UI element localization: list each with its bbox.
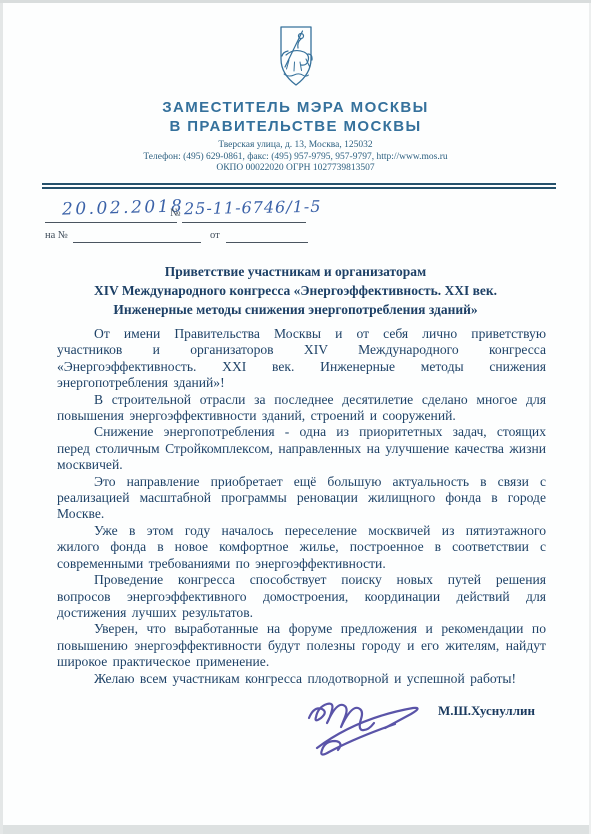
number-sign-label: № — [170, 207, 181, 219]
handwritten-date: 20.02.2018 — [62, 196, 185, 219]
body-paragraph: Это направление приобретает ещё большую … — [57, 474, 546, 523]
body-paragraph: Уверен, что выработанные на форуме предл… — [57, 621, 546, 670]
handwritten-signature-icon — [298, 684, 440, 762]
letterhead-org-name: ЗАМЕСТИТЕЛЬ МЭРА МОСКВЫ В ПРАВИТЕЛЬСТВЕ … — [0, 98, 591, 136]
letter-body: От имени Правительства Москвы и от себя … — [57, 326, 546, 687]
body-paragraph: В строительной отрасли за последнее деся… — [57, 392, 546, 425]
contact-line: Телефон: (495) 629-0861, факс: (495) 957… — [0, 152, 591, 164]
letter-title-line1: Приветствие участникам и организаторам — [30, 262, 561, 281]
letter-title: Приветствие участникам и организаторам X… — [30, 262, 561, 319]
letterhead-contacts: Тверская улица, д. 13, Москва, 125032 Те… — [0, 140, 591, 175]
scanned-letter-page: ЗАМЕСТИТЕЛЬ МЭРА МОСКВЫ В ПРАВИТЕЛЬСТВЕ … — [0, 0, 591, 834]
handwritten-number: 25-11-6746/1-5 — [184, 197, 322, 218]
number-underline — [182, 222, 306, 223]
body-paragraph: Снижение энергопотребления - одна из при… — [57, 424, 546, 473]
letter-title-line3: Инженерные методы снижения энергопотребл… — [30, 300, 561, 319]
signatory-name: М.Ш.Хуснуллин — [438, 703, 535, 719]
reply-from-label: от — [210, 230, 220, 241]
reply-from-underline — [226, 242, 308, 243]
body-paragraph: От имени Правительства Москвы и от себя … — [57, 326, 546, 392]
address-line: Тверская улица, д. 13, Москва, 125032 — [0, 140, 591, 152]
reply-to-label: на № — [45, 230, 68, 241]
registry-line: ОКПО 00022020 ОГРН 1027739813507 — [0, 163, 591, 175]
date-underline — [45, 222, 177, 223]
moscow-coat-of-arms-icon — [271, 25, 321, 87]
letter-title-line2: XIV Международного конгресса «Энергоэффе… — [30, 281, 561, 300]
body-paragraph: Проведение конгресса способствует поиску… — [57, 572, 546, 621]
reply-to-underline — [73, 242, 201, 243]
body-paragraph: Уже в этом году началось переселение мос… — [57, 523, 546, 572]
org-name-line1: ЗАМЕСТИТЕЛЬ МЭРА МОСКВЫ — [0, 98, 591, 117]
org-name-line2: В ПРАВИТЕЛЬСТВЕ МОСКВЫ — [0, 117, 591, 136]
letterhead-divider — [42, 183, 556, 189]
